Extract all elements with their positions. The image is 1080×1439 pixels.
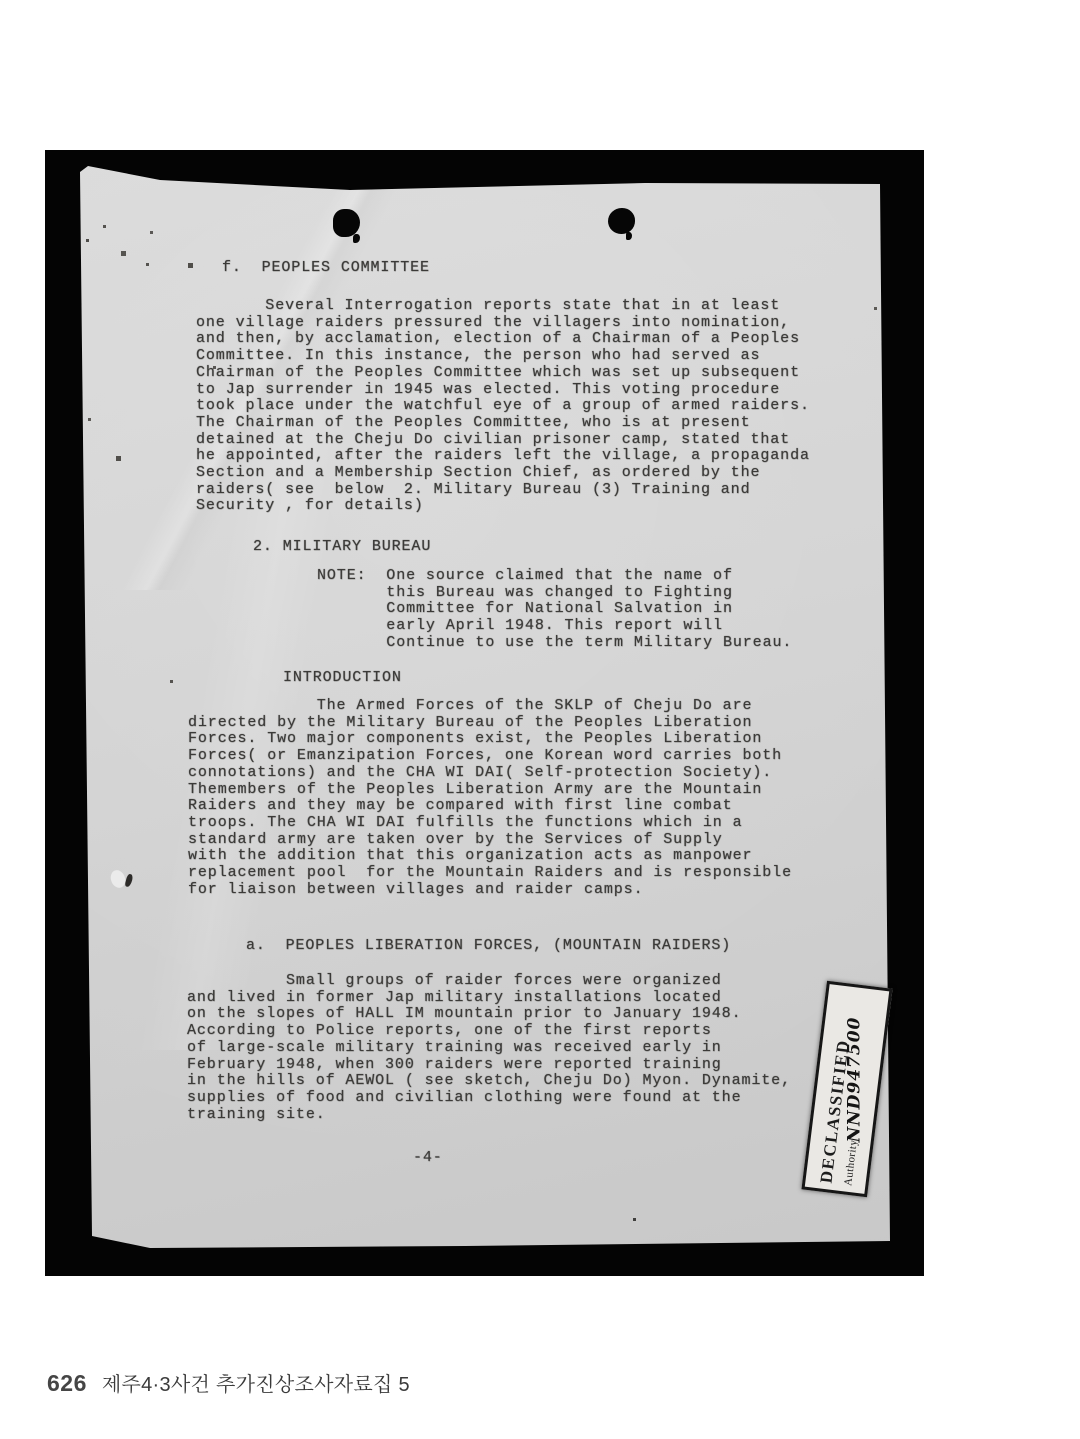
scanned-document: f. PEOPLES COMMITTEE Several Interrogati… [45,150,924,1276]
typed-line: supplies of food and civilian clothing w… [187,1090,791,1107]
hole-punch-icon [608,208,635,234]
typed-line: raiders( see below 2. Military Bureau (3… [196,482,810,499]
heading-liberation-forces: a. PEOPLES LIBERATION FORCES, (MOUNTAIN … [246,938,731,955]
typed-line: took place under the watchful eye of a g… [196,398,810,415]
typed-line: According to Police reports, one of the … [187,1023,791,1040]
typed-line: for liaison between villages and raider … [188,882,792,899]
stamp-authority-number-handwritten: NND947500 [845,1016,865,1142]
typed-line: Section and a Membership Section Chief, … [196,465,810,482]
typed-line: of large-scale military training was rec… [187,1040,791,1057]
typed-line: and then, by acclamation, election of a … [196,331,810,348]
heading-introduction: INTRODUCTION [283,670,402,687]
note-block: NOTE: One source claimed that the name o… [317,568,792,652]
typed-line: detained at the Cheju Do civilian prison… [196,432,810,449]
typed-line: this Bureau was changed to Fighting [317,585,792,602]
heading-peoples-committee: f. PEOPLES COMMITTEE [222,260,430,277]
typed-line: Committee. In this instance, the person … [196,348,810,365]
para-peoples-committee: Several Interrogation reports state that… [196,298,810,515]
typed-line: troops. The CHA WI DAI fulfills the func… [188,815,792,832]
typed-line: Security , for details) [196,498,810,515]
typed-line: early April 1948. This report will [317,618,792,635]
typed-line: -4- [413,1150,443,1167]
book-footer: 626 제주4·3사건 추가진상조사자료집 5 [47,1368,410,1397]
typed-line: with the addition that this organization… [188,848,792,865]
typed-line: Themembers of the Peoples Liberation Arm… [188,782,792,799]
typed-line: training site. [187,1107,791,1124]
stamp-authority-label: Authority [842,1139,860,1187]
typed-line: in the hills of AEWOL ( see sketch, Chej… [187,1073,791,1090]
paper-specks [45,150,48,153]
typed-line: replacement pool for the Mountain Raider… [188,865,792,882]
book-page: f. PEOPLES COMMITTEE Several Interrogati… [0,0,1080,1439]
typed-line: NOTE: One source claimed that the name o… [317,568,792,585]
typed-line: Continue to use the term Military Bureau… [317,635,792,652]
typed-line: February 1948, when 300 raiders were rep… [187,1057,791,1074]
typed-line: he appointed, after the raiders left the… [196,448,810,465]
typed-line: Forces. Two major components exist, the … [188,731,792,748]
book-page-number: 626 [47,1370,87,1397]
typed-line: INTRODUCTION [283,670,402,687]
typed-line: The Chairman of the Peoples Committee, w… [196,415,810,432]
typed-line: 2. MILITARY BUREAU [253,539,431,556]
typed-line: to Jap surrender in 1945 was elected. Th… [196,382,810,399]
typed-line: Forces( or Emanzipation Forces, one Kore… [188,748,792,765]
typed-line: Small groups of raider forces were organ… [187,973,791,990]
typed-line: standard army are taken over by the Serv… [188,832,792,849]
typed-line: Committee for National Salvation in [317,601,792,618]
typed-line: f. PEOPLES COMMITTEE [222,260,430,277]
typed-line: directed by the Military Bureau of the P… [188,715,792,732]
book-title: 제주4·3사건 추가진상조사자료집 5 [102,1368,410,1397]
typed-page-number: -4- [413,1150,443,1167]
typed-line: connotations) and the CHA WI DAI( Self-p… [188,765,792,782]
typed-line: one village raiders pressured the villag… [196,315,810,332]
typed-line: a. PEOPLES LIBERATION FORCES, (MOUNTAIN … [246,938,731,955]
typed-line: The Armed Forces of the SKLP of Cheju Do… [188,698,792,715]
typed-line: Chairman of the Peoples Committee which … [196,365,810,382]
typed-line: Raiders and they may be compared with fi… [188,798,792,815]
typed-line: on the slopes of HALL IM mountain prior … [187,1006,791,1023]
heading-military-bureau: 2. MILITARY BUREAU [253,539,431,556]
typed-line: and lived in former Jap military install… [187,990,791,1007]
para-liberation-forces: Small groups of raider forces were organ… [187,973,791,1123]
typed-line: Several Interrogation reports state that… [196,298,810,315]
para-introduction: The Armed Forces of the SKLP of Cheju Do… [188,698,792,898]
